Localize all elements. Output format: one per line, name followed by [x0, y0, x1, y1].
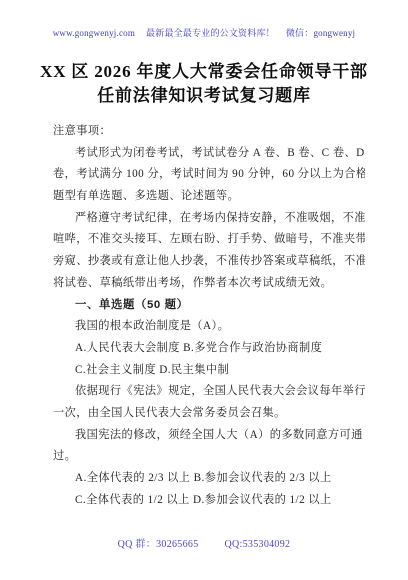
- notice-heading: 注意事项：: [53, 121, 365, 143]
- question-text: 一次，由全国人民代表大会常务委员会召集。: [53, 403, 365, 425]
- document-body: 注意事项： 考试形式为闭卷考试，考试试卷分 A 卷、B 卷、C 卷、D 卷，考试…: [53, 121, 365, 511]
- section-heading: 一、单选题（50 题）: [53, 295, 365, 317]
- site-url: www.gongwenyj.com: [53, 28, 135, 38]
- notice-line: 喧哗，不准交头接耳、左顾右盼、打手势、做暗号，不准夹带、: [53, 229, 365, 251]
- notice-line: 旁窥、抄袭或有意让他人抄袭，不准传抄答案或草稿纸，不准: [53, 251, 365, 273]
- promo-slogan: 最新最全最专业的公文资料库！: [146, 26, 275, 39]
- answer-options: A.全体代表的 2/3 以上 B.参加会议代表的 2/3 以上: [53, 468, 365, 490]
- page-title-line-1: XX 区 2026 年度人大常委会任命领导干部: [0, 60, 408, 84]
- answer-options: C.社会主义制度 D.民主集中制: [53, 360, 365, 382]
- page-title-line-2: 任前法律知识考试复习题库: [0, 84, 408, 108]
- qq-footer: QQ 群：30265665 QQ:535304092: [0, 535, 408, 550]
- question-text: 我国宪法的修改，须经全国人大（A）的多数同意方可通: [53, 425, 365, 447]
- document-page: www.gongwenyj.com 最新最全最专业的公文资料库！ 微信：gong…: [0, 0, 408, 580]
- notice-line: 将试卷、草稿纸带出考场，作弊者本次考试成绩无效。: [53, 273, 365, 295]
- qq-contact-number: QQ:535304092: [225, 539, 291, 550]
- notice-line: 卷，考试满分 100 分，考试时间为 90 分钟，60 分以上为合格，: [53, 164, 365, 186]
- answer-options: C.全体代表的 1/2 以上 D.参加会议代表的 1/2 以上: [53, 490, 365, 512]
- question-text: 我国的根本政治制度是（A）。: [53, 316, 365, 338]
- page-title: XX 区 2026 年度人大常委会任命领导干部 任前法律知识考试复习题库: [0, 60, 408, 107]
- question-text: 过。: [53, 446, 365, 468]
- promo-header: www.gongwenyj.com 最新最全最专业的公文资料库！ 微信：gong…: [0, 26, 408, 39]
- notice-line: 考试形式为闭卷考试，考试试卷分 A 卷、B 卷、C 卷、D: [53, 143, 365, 165]
- wechat-contact: 微信：gongwenyj: [286, 26, 355, 39]
- question-text: 依据现行《宪法》规定，全国人民代表大会会议每年举行: [53, 381, 365, 403]
- notice-line: 题型有单选题、多选题、论述题等。: [53, 186, 365, 208]
- answer-options: A.人民代表大会制度 B.多党合作与政治协商制度: [53, 338, 365, 360]
- qq-group-number: QQ 群：30265665: [118, 535, 199, 550]
- notice-line: 严格遵守考试纪律，在考场内保持安静，不准吸烟，不准: [53, 208, 365, 230]
